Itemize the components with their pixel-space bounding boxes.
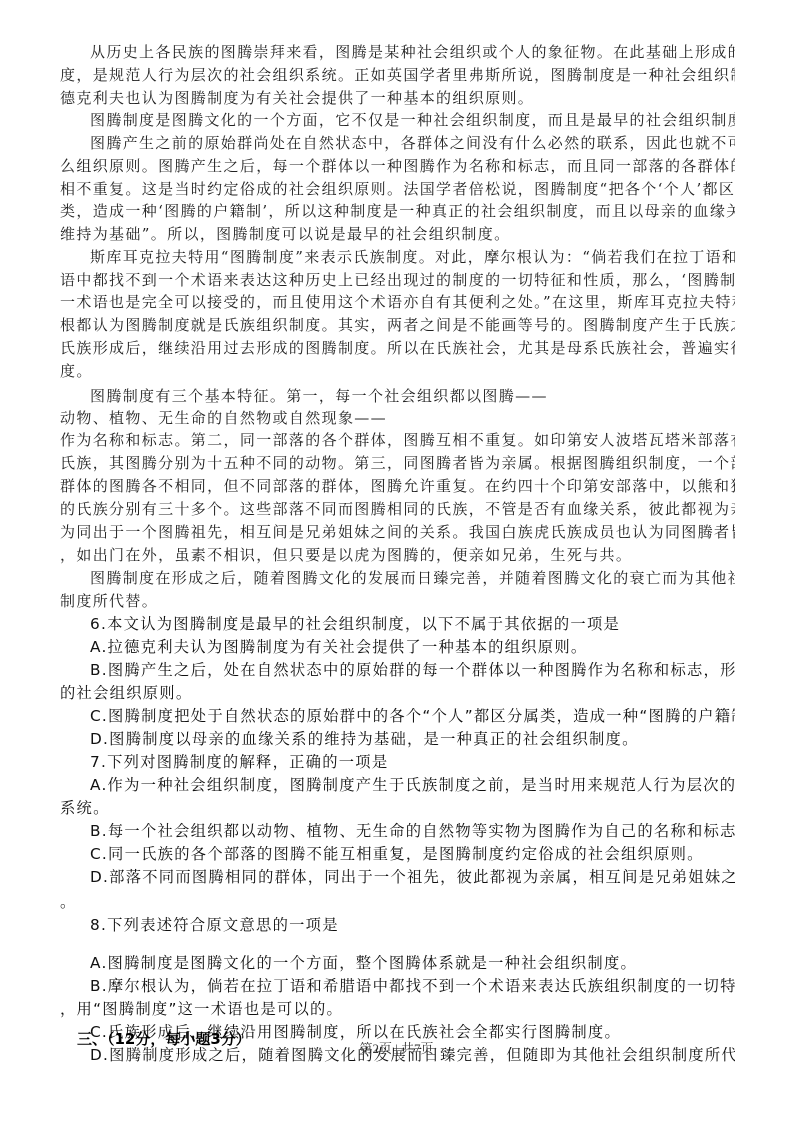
passage-line: 相不重复。这是当时约定俗成的社会组织原则。法国学者倍松说，图腾制度“把各个‘个人…	[60, 178, 735, 201]
question-6-option-b-cont: 的社会组织原则。	[60, 682, 735, 705]
passage-line: 根都认为图腾制度就是氏族组织制度。其实，两者之间是不能画等号的。图腾制度产生于氏…	[60, 314, 735, 337]
passage-line: 氏族形成后，继续沿用过去形成的图腾制度。所以在氏族社会，尤其是母系氏族社会，普遍…	[60, 337, 735, 360]
passage-line: 么组织原则。图腾产生之后，每一个群体以一种图腾作为名称和标志，而且同一部落的各群…	[60, 155, 735, 178]
passage-line: 的氏族分别有三十多个。这些部落不同而图腾相同的氏族，不管是否有血缘关系，彼此都视…	[60, 498, 735, 521]
passage-line: ，如出门在外，虽素不相识，但只要是以虎为图腾的，便亲如兄弟，生死与共。	[60, 544, 735, 567]
question-7-stem: 7.下列对图腾制度的解释，正确的一项是	[60, 751, 735, 774]
passage-line: 图腾产生之前的原始群尚处在自然状态中，各群体之间没有什么必然的联系，因此也就不可…	[60, 132, 735, 155]
passage-line: 类，造成一种‘图腾的户籍制’，所以这种制度是一种真正的社会组织制度，而且以母亲的…	[60, 200, 735, 223]
passage-line: 一术语也是完全可以接受的，而且使用这个术语亦自有其便利之处。”在这里，斯库耳克拉…	[60, 291, 735, 314]
question-7-option-d: D.部落不同而图腾相同的群体，同出于一个祖先，彼此都视为亲属，相互间是兄弟姐妹之…	[60, 866, 735, 889]
passage-line: 从历史上各民族的图腾崇拜来看，图腾是某种社会组织或个人的象征物。在此基础上形成的…	[60, 41, 735, 64]
question-6-option-d: D.图腾制度以母亲的血缘关系的维持为基础，是一种真正的社会组织制度。	[60, 728, 735, 751]
question-8-option-b-cont: ，用“图腾制度”这一术语也是可以的。	[60, 998, 735, 1021]
question-7-option-a-cont: 系统。	[60, 797, 735, 820]
question-8-stem: 8.下列表述符合原文意思的一项是	[60, 914, 735, 937]
passage-line: 动物、植物、无生命的自然物或自然现象——	[60, 407, 735, 430]
question-8-option-a: A.图腾制度是图腾文化的一个方面，整个图腾体系就是一种社会组织制度。	[60, 952, 735, 975]
passage-line: 氏族，其图腾分别为十五种不同的动物。第三，同图腾者皆为亲属。根据图腾组织制度，一…	[60, 452, 735, 475]
passage-line: 制度所代替。	[60, 590, 735, 613]
passage-line: 斯库耳克拉夫特用“图腾制度”来表示氏族制度。对此，摩尔根认为：“倘若我们在拉丁语…	[60, 246, 735, 269]
question-7-option-a: A.作为一种社会组织制度，图腾制度产生于氏族制度之前，是当时用来规范人行为层次的…	[60, 774, 735, 797]
passage-line: 语中都找不到一个术语来表达这种历史上已经出现过的制度的一切特征和性质，那么，‘图…	[60, 269, 735, 292]
question-6-option-a: A.拉德克利夫认为图腾制度为有关社会提供了一种基本的组织原则。	[60, 636, 735, 659]
passage-line: 作为名称和标志。第二，同一部落的各个群体，图腾互相不重复。如印第安人波塔瓦塔米部…	[60, 429, 735, 452]
question-6-option-c: C.图腾制度把处于自然状态的原始群中的各个“个人”都区分属类，造成一种“图腾的户…	[60, 705, 735, 728]
question-6-option-b: B.图腾产生之后，处在自然状态中的原始群的每一个群体以一种图腾作为名称和标志，形…	[60, 659, 735, 682]
passage-line: 维持为基础”。所以，图腾制度可以说是最早的社会组织制度。	[60, 223, 735, 246]
passage-line: 度。	[60, 360, 735, 383]
passage-line: 图腾制度在形成之后，随着图腾文化的发展而日臻完善，并随着图腾文化的衰亡而为其他社…	[60, 567, 735, 590]
passage-line: 图腾制度是图腾文化的一个方面，它不仅是一种社会组织制度，而且是最早的社会组织制度…	[60, 109, 735, 132]
passage-line: 度，是规范人行为层次的社会组织系统。正如英国学者里弗斯所说，图腾制度是一种社会组…	[60, 64, 735, 87]
passage-line: 群体的图腾各不相同，但不同部落的群体，图腾允许重复。在约四十个印第安部落中，以熊…	[60, 475, 735, 498]
question-7-option-d-cont: 。	[60, 891, 735, 914]
question-7-option-b: B.每一个社会组织都以动物、植物、无生命的自然物等实物为图腾作为自己的名称和标志…	[60, 820, 735, 843]
passage-line: 为同出于一个图腾祖先，相互间是兄弟姐妹之间的关系。我国白族虎氏族成员也认为同图腾…	[60, 521, 735, 544]
question-6-stem: 6.本文认为图腾制度是最早的社会组织制度，以下不属于其依据的一项是	[60, 613, 735, 636]
question-7-option-c: C.同一氏族的各个部落的图腾不能互相重复，是图腾制度约定俗成的社会组织原则。	[60, 843, 735, 866]
page-footer: 第2页 | 共7页	[0, 1038, 793, 1057]
question-8-option-b: B.摩尔根认为，倘若在拉丁语和希腊语中都找不到一个术语来表达氏族组织制度的一切特…	[60, 975, 735, 998]
passage-line: 图腾制度有三个基本特征。第一，每一个社会组织都以图腾——	[60, 385, 735, 408]
passage-line: 德克利夫也认为图腾制度为有关社会提供了一种基本的组织原则。	[60, 87, 735, 110]
